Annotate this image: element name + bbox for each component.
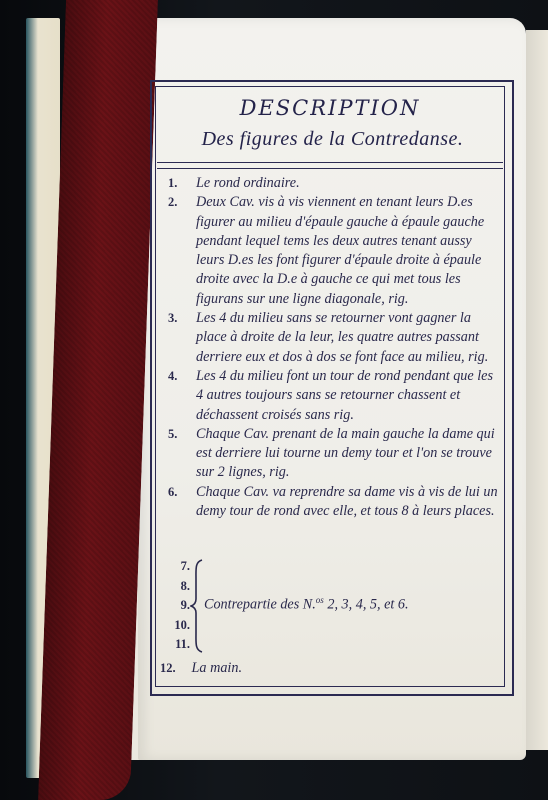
item-text: Les 4 du milieu font un tour de rond pen… — [196, 367, 503, 425]
item-number: 9. — [168, 596, 190, 616]
item-number: 6. — [168, 483, 196, 522]
item-number: 2. — [168, 193, 196, 309]
header-divider — [157, 162, 503, 163]
item-number: 3. — [168, 309, 196, 367]
item-text: Deux Cav. vis à vis viennent en tenant l… — [196, 193, 503, 309]
figures-list: 1. Le rond ordinaire. 2. Deux Cav. vis à… — [168, 174, 503, 521]
item-number: 1. — [168, 174, 196, 193]
item-number: 4. — [168, 367, 196, 425]
item-text: La main. — [192, 660, 242, 676]
grouped-numbers: 7. 8. 9. 10. 11. — [168, 557, 190, 655]
item-text: Chaque Cav. va reprendre sa dame vis à v… — [196, 483, 503, 522]
list-item: 5. Chaque Cav. prenant de la main gauche… — [168, 425, 503, 483]
list-item: 6. Chaque Cav. va reprendre sa dame vis … — [168, 483, 503, 522]
item-number: 12. — [160, 661, 188, 676]
list-item: 3. Les 4 du milieu sans se retourner von… — [168, 309, 503, 367]
list-item-last: 12. La main. — [160, 660, 242, 677]
list-item: 4. Les 4 du milieu font un tour de rond … — [168, 367, 503, 425]
right-page-edge — [526, 30, 548, 750]
item-number: 10. — [168, 616, 190, 636]
header-divider-double — [157, 168, 503, 169]
item-number: 7. — [168, 557, 190, 577]
counterpart-text: Contrepartie des N.os 2, 3, 4, 5, et 6. — [204, 595, 409, 614]
item-text: Chaque Cav. prenant de la main gauche la… — [196, 425, 503, 483]
item-number: 5. — [168, 425, 196, 483]
item-text: Les 4 du milieu sans se retourner vont g… — [196, 309, 503, 367]
list-item: 2. Deux Cav. vis à vis viennent en tenan… — [168, 193, 503, 309]
item-text: Le rond ordinaire. — [196, 174, 503, 193]
page-title: DESCRIPTION — [160, 96, 500, 120]
item-number: 8. — [168, 577, 190, 597]
curly-brace-icon — [190, 559, 204, 653]
list-item: 1. Le rond ordinaire. — [168, 174, 503, 193]
item-number: 11. — [168, 635, 190, 655]
page-subtitle: Des figures de la Contredanse. — [160, 128, 505, 151]
